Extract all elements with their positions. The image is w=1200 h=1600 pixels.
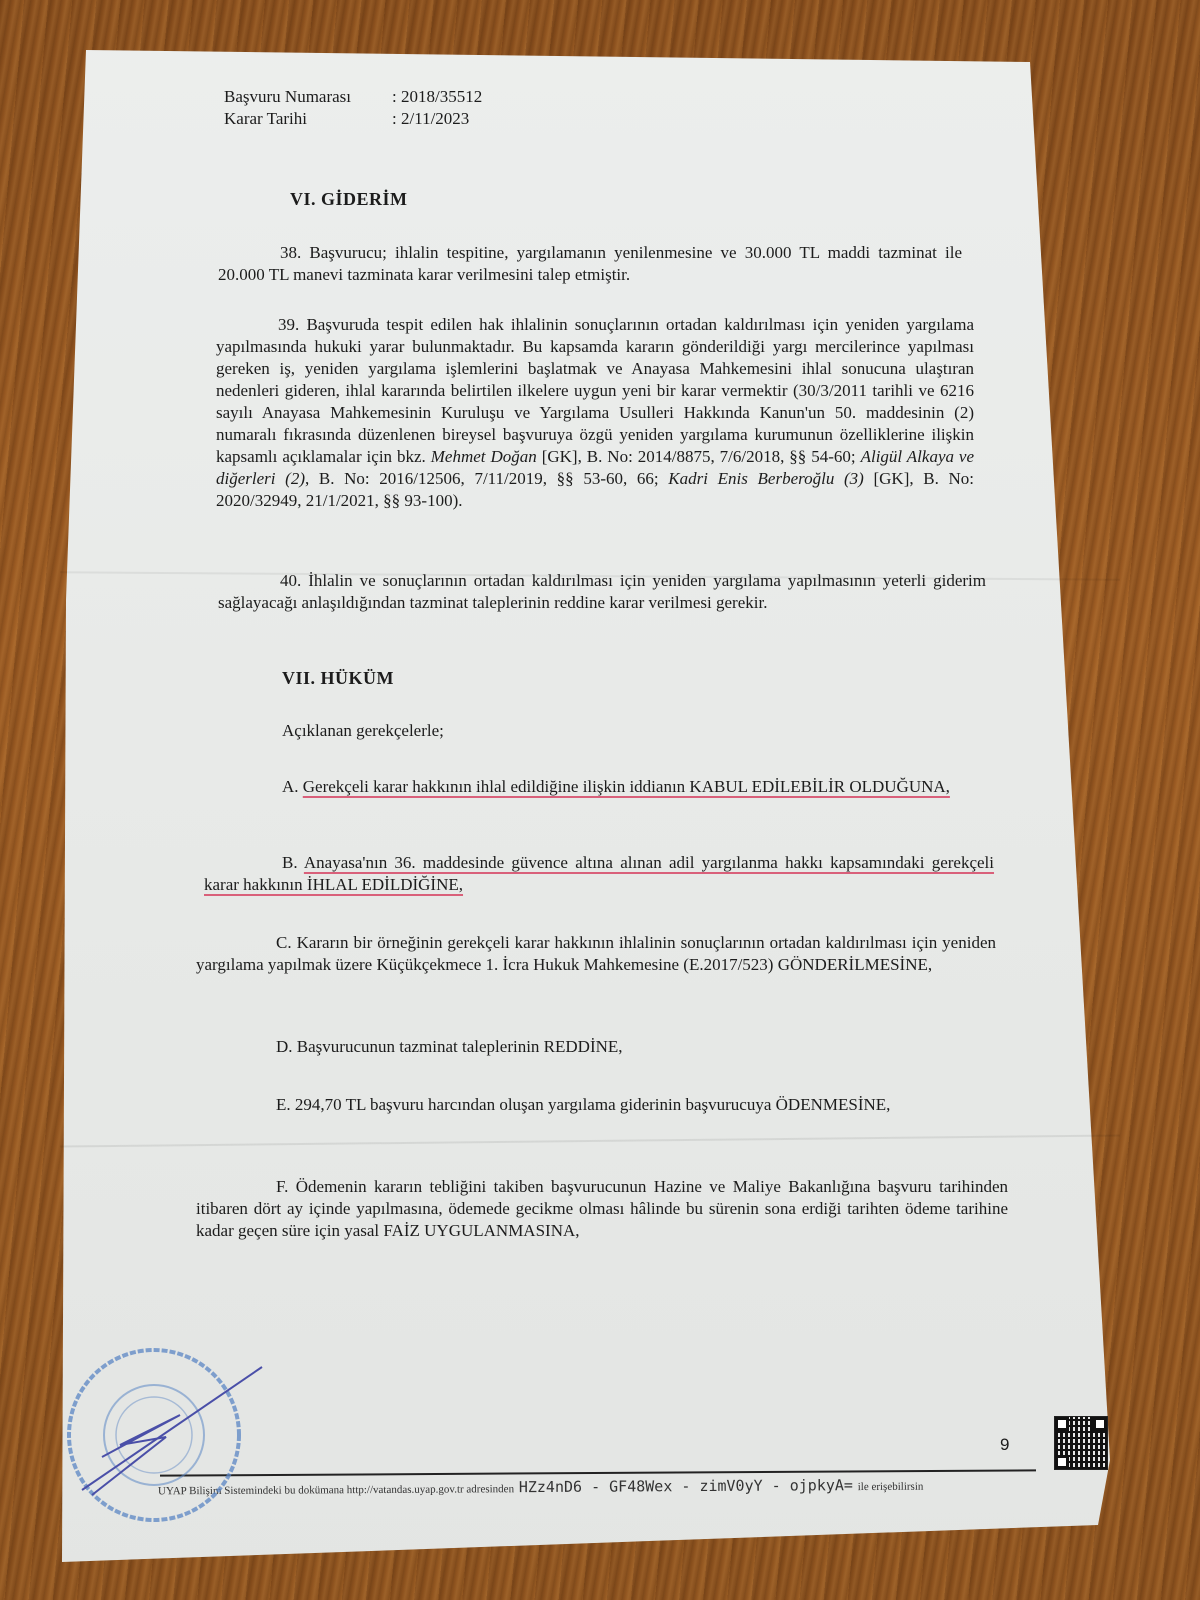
verdict-text-highlighted: Anayasa'nın 36. maddesinde güvence altın… [204, 853, 994, 894]
application-number-value: : 2018/35512 [392, 86, 482, 108]
citation-details: [GK], B. No: 2014/8875, 7/6/2018, §§ 54-… [542, 447, 856, 466]
verdict-item-e: E. 294,70 TL başvuru harcından oluşan ya… [196, 1094, 1004, 1116]
page-number: 9 [1000, 1435, 1009, 1455]
verdict-item-b: B. Anayasa'nın 36. maddesinde güvence al… [204, 852, 994, 896]
verdict-letter: F. [276, 1177, 288, 1196]
verdict-item-a: A. Gerekçeli karar hakkının ihlal edildi… [204, 776, 990, 798]
verdict-item-d: D. Başvurucunun tazminat taleplerinin RE… [196, 1036, 996, 1058]
official-stamp-icon [62, 1345, 292, 1525]
citation-case-name: Kadri Enis Berberoğlu (3) [668, 469, 864, 488]
paragraph-38: 38. Başvurucu; ihlalin tespitine, yargıl… [218, 242, 962, 286]
document-content: Başvuru Numarası : 2018/35512 Karar Tari… [0, 0, 1200, 1600]
section-title-giderim: VI. GİDERİM [290, 189, 408, 210]
section-title-hukum: VII. HÜKÜM [282, 668, 394, 689]
verification-code: HZz4nD6 - GF48Wex - zimV0yY - ojpkyA= [519, 1476, 853, 1496]
verdict-letter: E. [276, 1095, 291, 1114]
verdict-item-c: C. Kararın bir örneğinin gerekçeli karar… [196, 932, 996, 976]
citation-case-name: Mehmet Doğan [431, 447, 537, 466]
decision-date-label: Karar Tarihi [224, 108, 392, 130]
verdict-text: Ödemenin kararın tebliğini takiben başvu… [196, 1177, 1008, 1240]
verdict-letter: C. [276, 933, 292, 952]
paragraph-39: 39. Başvuruda tespit edilen hak ihlalini… [216, 314, 974, 512]
verdict-letter: B. [282, 853, 298, 872]
verdict-item-f: F. Ödemenin kararın tebliğini takiben ba… [196, 1176, 1008, 1242]
paragraph-text: 38. Başvurucu; ihlalin tespitine, yargıl… [218, 243, 962, 284]
paragraph-40: 40. İhlalin ve sonuçlarının ortadan kald… [218, 570, 986, 614]
qr-code [1054, 1416, 1108, 1470]
paragraph-text: 39. Başvuruda tespit edilen hak ihlalini… [216, 315, 974, 466]
verdict-text: Kararın bir örneğinin gerekçeli karar ha… [196, 933, 996, 974]
verdict-text-highlighted: Gerekçeli karar hakkının ihlal edildiğin… [303, 777, 950, 796]
verdict-letter: D. [276, 1037, 293, 1056]
verdict-letter: A. [282, 777, 299, 796]
verdict-text: 294,70 TL başvuru harcından oluşan yargı… [295, 1095, 891, 1114]
application-number-label: Başvuru Numarası [224, 86, 392, 108]
document-header: Başvuru Numarası : 2018/35512 Karar Tari… [224, 86, 482, 130]
verdict-intro: Açıklanan gerekçelerle; [282, 720, 782, 742]
verdict-text: Başvurucunun tazminat taleplerinin REDDİ… [297, 1037, 623, 1056]
footer-suffix: ile erişebilirsin [858, 1481, 924, 1493]
citation-details: , B. No: 2016/12506, 7/11/2019, §§ 53-60… [305, 469, 659, 488]
paragraph-text: 40. İhlalin ve sonuçlarının ortadan kald… [218, 571, 986, 612]
decision-date-value: : 2/11/2023 [392, 108, 469, 130]
